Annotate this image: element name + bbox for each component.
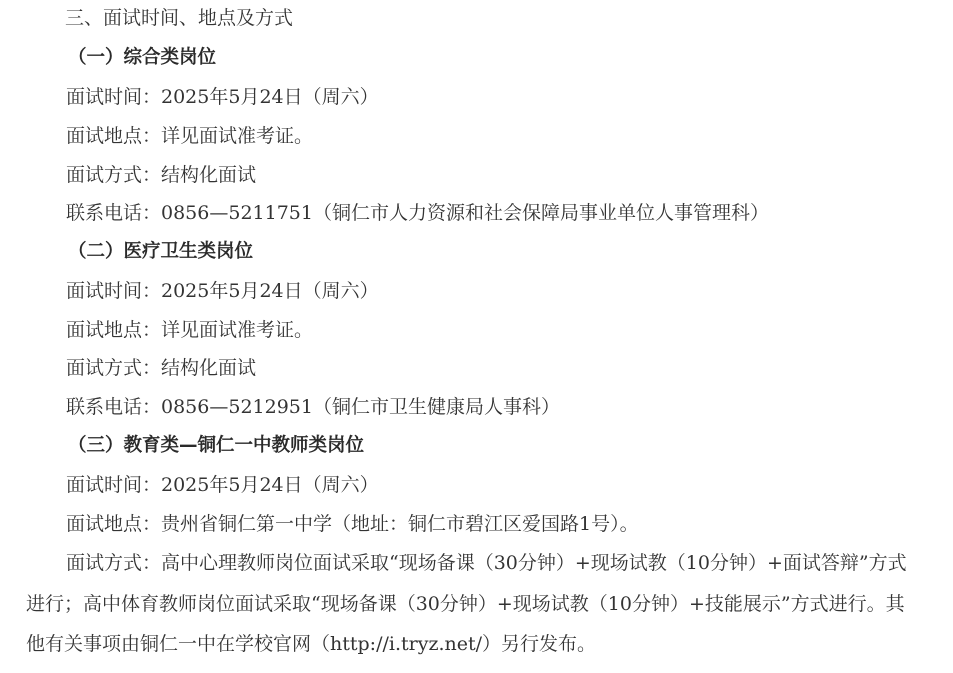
interview-method-line-3: 他有关事项由铜仁一中在学校官网（http://i.tryz.net/）另行发布。 — [26, 632, 596, 656]
group-heading-medical: （二）医疗卫生类岗位 — [68, 240, 253, 264]
interview-time: 面试时间：2025年5月24日（周六） — [66, 473, 379, 497]
interview-place: 面试地点：详见面试准考证。 — [66, 124, 313, 148]
interview-time: 面试时间：2025年5月24日（周六） — [66, 85, 379, 109]
section-title: 三、面试时间、地点及方式 — [65, 6, 293, 30]
interview-time: 面试时间：2025年5月24日（周六） — [66, 279, 379, 303]
interview-place: 面试地点：详见面试准考证。 — [66, 318, 313, 342]
contact-phone: 联系电话：0856—5211751（铜仁市人力资源和社会保障局事业单位人事管理科… — [66, 201, 769, 225]
interview-method: 面试方式：结构化面试 — [66, 356, 256, 380]
group-heading-education: （三）教育类—铜仁一中教师类岗位 — [68, 434, 364, 458]
interview-method: 面试方式：结构化面试 — [66, 163, 256, 187]
interview-place: 面试地点：贵州省铜仁第一中学（地址：铜仁市碧江区爱国路1号）。 — [66, 512, 639, 536]
contact-phone: 联系电话：0856—5212951（铜仁市卫生健康局人事科） — [66, 395, 560, 419]
interview-method-line-2: 进行；高中体育教师岗位面试采取“现场备课（30分钟）+现场试教（10分钟）+技能… — [26, 592, 905, 616]
interview-method-line-1: 面试方式：高中心理教师岗位面试采取“现场备课（30分钟）+现场试教（10分钟）+… — [66, 551, 907, 575]
group-heading-general: （一）综合类岗位 — [68, 46, 216, 70]
